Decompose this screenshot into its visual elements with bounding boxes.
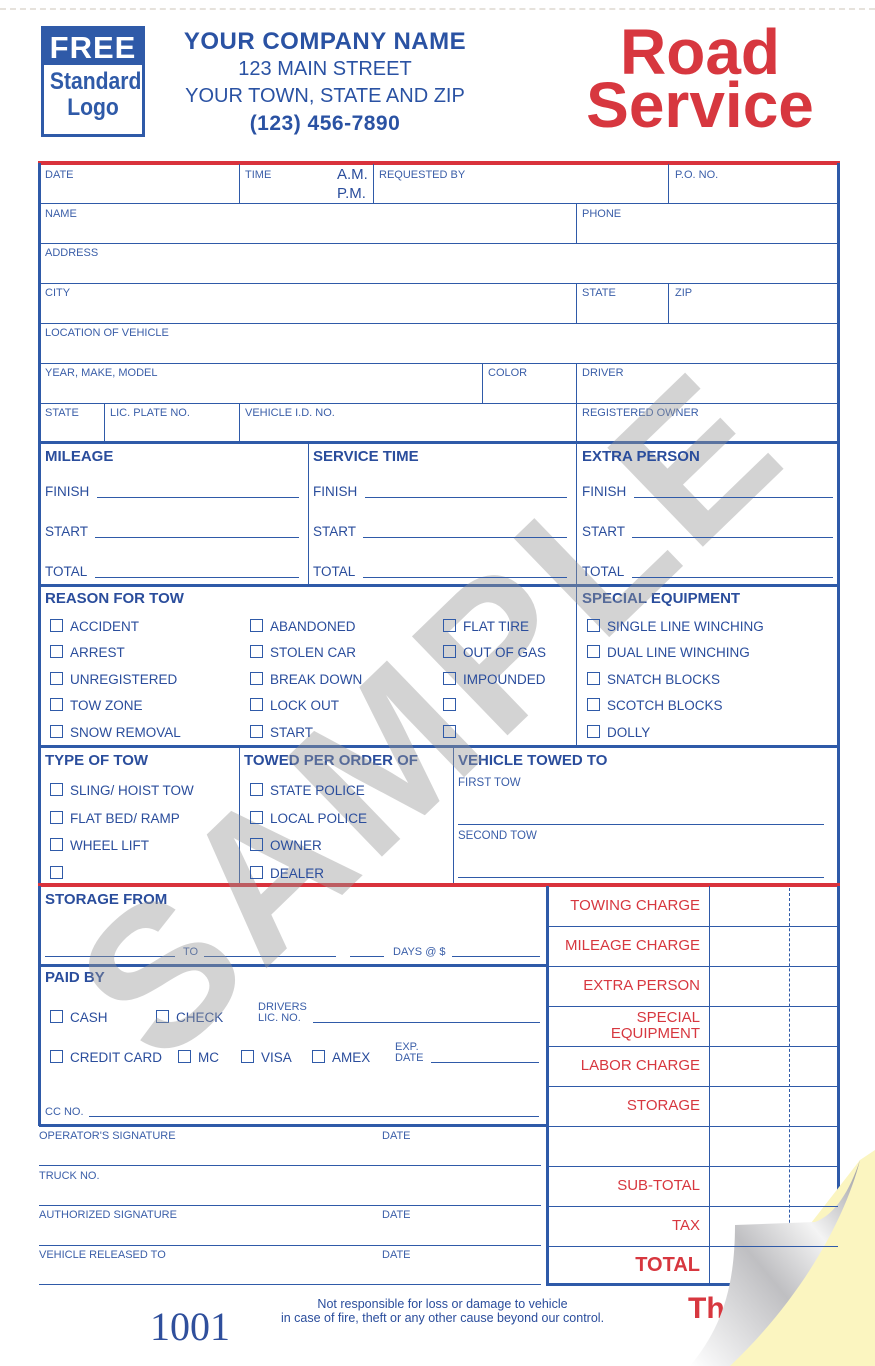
meter-input[interactable] [363,577,567,578]
meter-input[interactable] [95,577,299,578]
reason-checkbox[interactable]: STOLEN CAR [250,645,356,660]
perforation [0,8,875,10]
company-street: 123 MAIN STREET [160,56,490,83]
charge-label-line: EQUIPMENT [611,1026,700,1042]
disclaimer-line-1: Not responsible for loss or damage to ve… [260,1297,625,1311]
released-date-label: DATE [382,1249,411,1261]
second-tow-label: SECOND TOW [458,830,537,842]
tow-type-checkbox[interactable] [50,866,70,881]
truck-no-field[interactable] [39,1205,541,1206]
operator-signature-field[interactable] [39,1165,541,1166]
cc-no-label: CC NO. [45,1106,84,1118]
city-field[interactable] [40,300,575,323]
tow-type-checkbox[interactable]: FLAT BED/ RAMP [50,811,180,826]
charge-label-line: SUB-TOTAL [617,1178,700,1194]
meter-title: EXTRA PERSON [582,448,700,465]
order-checkbox[interactable]: STATE POLICE [250,783,365,798]
charge-cents-field[interactable] [791,1168,836,1204]
divider [308,444,309,585]
checkbox-box[interactable] [443,619,456,632]
location-label: LOCATION OF VEHICLE [45,327,169,339]
checkbox-box[interactable] [587,672,600,685]
reason-checkbox[interactable]: LOCK OUT [250,698,339,713]
checkbox-box[interactable] [250,725,263,738]
amex-label: AMEX [332,1050,370,1065]
checkbox-label: DOLLY [607,725,650,740]
disclaimer-line-2: in case of fire, theft or any other caus… [260,1311,625,1325]
thank-you: Thank You [688,1292,839,1326]
charge-cents-field[interactable] [791,928,836,964]
charge-label-line: EXTRA PERSON [583,978,700,994]
checkbox-box[interactable] [587,645,600,658]
charge-dollars-field[interactable] [711,1048,788,1084]
logo-line-2: Logo [50,95,136,121]
meter-input[interactable] [365,497,567,498]
checkbox-label: FLAT BED/ RAMP [70,811,180,826]
reason-for-tow-title: REASON FOR TOW [45,590,184,607]
checkbox-label: WHEEL LIFT [70,838,149,853]
exp-date-field[interactable] [431,1062,539,1063]
charge-label: LABOR CHARGE [581,1058,700,1074]
year-make-model-field[interactable] [40,380,481,403]
special-equipment-title: SPECIAL EQUIPMENT [582,590,740,607]
vin-label: VEHICLE I.D. NO. [245,407,335,419]
credit-card-label: CREDIT CARD [70,1050,162,1065]
checkbox-label: LOCK OUT [270,698,339,713]
charge-label-line: TOWING CHARGE [570,898,700,914]
checkbox-box[interactable] [50,619,63,632]
checkbox-label: UNREGISTERED [70,672,177,687]
meter-row-label: TOTAL [45,564,87,579]
checkbox-label: STOLEN CAR [270,645,356,660]
cash-label: CASH [70,1010,108,1025]
city-label: CITY [45,287,70,299]
checkbox-box[interactable] [250,619,263,632]
charge-label: TAX [672,1218,700,1234]
storage-days-label: DAYS @ $ [393,946,446,958]
storage-to-label: TO [183,946,198,958]
charge-row-line [547,966,838,967]
equipment-checkbox[interactable]: DUAL LINE WINCHING [587,645,750,660]
section-line [39,964,547,967]
charge-dollars-field[interactable] [711,888,788,924]
charge-cents-field[interactable] [791,1248,836,1284]
check-label: CHECK [176,1010,223,1025]
company-name: YOUR COMPANY NAME [160,28,490,56]
checkbox-box[interactable] [50,838,63,851]
checkbox-label: OWNER [270,838,322,853]
charge-cents-field[interactable] [791,1048,836,1084]
registered-owner-label: REGISTERED OWNER [582,407,699,419]
charge-dollars-field[interactable] [711,1168,788,1204]
meter-row-label: TOTAL [582,564,624,579]
exp-line-2: DATE [395,1053,424,1064]
charge-row-line [547,926,838,927]
meter-row-label: START [313,524,356,539]
drivers-lic-field[interactable] [313,1022,540,1023]
name-label: NAME [45,208,77,220]
checkbox-box[interactable] [587,619,600,632]
operator-date-label: DATE [382,1130,411,1142]
charge-label-line: SPECIAL [611,1010,700,1026]
reason-checkbox[interactable] [443,725,463,740]
row-line [39,203,838,204]
charge-label-line: TOTAL [635,1257,700,1273]
registered-owner-field[interactable] [577,420,837,441]
released-to-label: VEHICLE RELEASED TO [39,1249,166,1261]
color-label: COLOR [488,367,527,379]
charge-label: TOWING CHARGE [570,898,700,914]
storage-days-field[interactable] [350,956,384,957]
zip-label: ZIP [675,287,692,299]
meter-input[interactable] [363,537,567,538]
charge-row-line [547,1046,838,1047]
vehicle-towed-to-title: VEHICLE TOWED TO [458,752,607,769]
reason-checkbox[interactable]: TOW ZONE [50,698,143,713]
row-line [39,283,838,284]
meter-input[interactable] [632,577,833,578]
storage-rate-field[interactable] [452,956,540,957]
meter-row-label: FINISH [582,484,626,499]
reason-checkbox[interactable]: SNOW REMOVAL [50,725,181,740]
pm-label: P.M. [337,184,368,203]
charge-cents-field[interactable] [791,1128,836,1164]
meter-input[interactable] [97,497,299,498]
charge-label: EXTRA PERSON [583,978,700,994]
tow-type-checkbox[interactable]: SLING/ HOIST TOW [50,783,194,798]
color-field[interactable] [483,380,575,403]
checkbox-label: DEALER [270,866,324,881]
reason-checkbox[interactable] [443,698,463,713]
meter-title: MILEAGE [45,448,113,465]
divider [576,444,577,585]
zip-field[interactable] [669,300,837,323]
operator-signature-label: OPERATOR'S SIGNATURE [39,1130,176,1142]
storage-title: STORAGE FROM [45,891,167,908]
visa-checkbox[interactable]: VISA [241,1050,292,1065]
divider [239,748,240,884]
charge-label-line: MILEAGE CHARGE [565,938,700,954]
drivers-lic-line-2: LIC. NO. [258,1013,307,1024]
charge-label: TOTAL [635,1257,700,1273]
authorized-signature-field[interactable] [39,1245,541,1246]
charge-label: MILEAGE CHARGE [565,938,700,954]
equipment-checkbox[interactable]: DOLLY [587,725,650,740]
location-field[interactable] [40,340,837,363]
charge-cents-field[interactable] [791,1008,836,1044]
first-tow-label: FIRST TOW [458,777,521,789]
frame-left [38,886,41,1126]
meter-row-label: FINISH [313,484,357,499]
charge-row-line [547,1086,838,1087]
checkbox-label: ABANDONED [270,619,356,634]
authorized-signature-label: AUTHORIZED SIGNATURE [39,1209,177,1221]
charge-dollars-field[interactable] [711,1088,788,1124]
checkbox-label: START [270,725,313,740]
company-info: YOUR COMPANY NAME 123 MAIN STREET YOUR T… [160,28,490,138]
checkbox-box[interactable] [156,1010,169,1023]
reason-checkbox[interactable]: FLAT TIRE [443,619,529,634]
am-label: A.M. [337,165,368,184]
lic-plate-label: LIC. PLATE NO. [110,407,190,419]
charge-row-line [547,1206,838,1207]
checkbox-box[interactable] [50,811,63,824]
checkbox-label: FLAT TIRE [463,619,529,634]
company-town: YOUR TOWN, STATE AND ZIP [160,83,490,110]
frame-right [837,163,840,885]
charge-row-line [547,1126,838,1127]
section-line [39,441,839,444]
checkbox-label: ACCIDENT [70,619,139,634]
truck-no-label: TRUCK NO. [39,1170,100,1182]
po-no-field[interactable] [669,180,837,203]
checkbox-box[interactable] [443,672,456,685]
cash-checkbox[interactable]: CASH [50,1010,108,1025]
meter-title: SERVICE TIME [313,448,419,465]
state-label: STATE [582,287,616,299]
reason-checkbox[interactable]: IMPOUNDED [443,672,546,687]
cc-no-field[interactable] [89,1116,539,1117]
checkbox-label: SCOTCH BLOCKS [607,698,723,713]
driver-label: DRIVER [582,367,624,379]
row-line [39,323,838,324]
charge-row-line [547,1006,838,1007]
checkbox-label: SLING/ HOIST TOW [70,783,194,798]
checkbox-label: BREAK DOWN [270,672,362,687]
vin-field[interactable] [240,420,575,441]
section-line [39,745,839,748]
paid-by-title: PAID BY [45,969,105,986]
charge-label: SPECIALEQUIPMENT [611,1010,700,1042]
charge-dollars-field[interactable] [711,1248,788,1284]
lic-plate-field[interactable] [105,420,238,441]
requested-by-field[interactable] [374,180,668,203]
phone-field[interactable] [577,220,837,243]
storage-to-field[interactable] [204,956,336,957]
checkbox-label: DUAL LINE WINCHING [607,645,750,660]
checkbox-box[interactable] [50,698,63,711]
checkbox-box[interactable] [587,698,600,711]
red-rule-mid [38,883,840,887]
exp-date-label: EXP.DATE [395,1042,424,1064]
checkbox-label: SINGLE LINE WINCHING [607,619,764,634]
checkbox-box[interactable] [241,1050,254,1063]
reason-checkbox[interactable]: BREAK DOWN [250,672,362,687]
charge-dollars-field[interactable] [711,968,788,1004]
checkbox-box[interactable] [250,672,263,685]
address-field[interactable] [40,260,837,283]
meter-input[interactable] [634,497,833,498]
meter-input[interactable] [95,537,299,538]
checkbox-label: TOW ZONE [70,698,143,713]
equipment-checkbox[interactable]: SINGLE LINE WINCHING [587,619,764,634]
checkbox-box[interactable] [178,1050,191,1063]
charge-label-line: STORAGE [627,1098,700,1114]
reason-checkbox[interactable]: OUT OF GAS [443,645,546,660]
charge-row-line [547,1166,838,1167]
date-field[interactable] [40,164,239,203]
checkbox-box[interactable] [312,1050,325,1063]
divider [239,164,240,203]
meter-row-label: START [45,524,88,539]
checkbox-label: SNOW REMOVAL [70,725,181,740]
checkbox-box[interactable] [50,645,63,658]
drivers-lic-label: DRIVERSLIC. NO. [258,1002,307,1024]
authorized-date-label: DATE [382,1209,411,1221]
second-tow-field[interactable] [458,877,824,878]
checkbox-box[interactable] [50,725,63,738]
released-to-field[interactable] [39,1284,541,1285]
checkbox-label: LOCAL POLICE [270,811,367,826]
order-checkbox[interactable]: OWNER [250,838,322,853]
logo-line-1: Standard [50,69,136,95]
check-checkbox[interactable]: CHECK [156,1010,223,1025]
divider [576,587,577,746]
charge-cents-field[interactable] [791,1088,836,1124]
form-title: Road Service [560,26,840,132]
charge-dollars-field[interactable] [711,1208,788,1244]
order-checkbox[interactable]: DEALER [250,866,324,881]
section-line [39,584,839,587]
row-line [39,363,838,364]
meter-input[interactable] [632,537,833,538]
checkbox-box[interactable] [587,725,600,738]
equipment-checkbox[interactable]: SNATCH BLOCKS [587,672,720,687]
storage-from-field[interactable] [45,956,175,957]
checkbox-box[interactable] [250,783,263,796]
meter-row-label: TOTAL [313,564,355,579]
checkbox-box[interactable] [50,1050,63,1063]
serial-number: 1001 [150,1303,230,1350]
tow-type-checkbox[interactable]: WHEEL LIFT [50,838,149,853]
checkbox-box[interactable] [50,866,63,879]
am-pm: A.M.P.M. [337,165,368,203]
logo-text: Standard Logo [50,69,136,121]
charge-label: SUB-TOTAL [617,1178,700,1194]
mc-label: MC [198,1050,219,1065]
section-line [39,1124,547,1127]
meter-row-label: START [582,524,625,539]
row-line [39,243,838,244]
checkbox-label: SNATCH BLOCKS [607,672,720,687]
charge-dollars-field[interactable] [711,1128,788,1164]
year-make-model-label: YEAR, MAKE, MODEL [45,367,157,379]
driver-field[interactable] [577,380,837,403]
checkbox-label: STATE POLICE [270,783,365,798]
reason-checkbox[interactable]: START [250,725,313,740]
checkbox-box[interactable] [443,645,456,658]
disclaimer: Not responsible for loss or damage to ve… [260,1297,625,1325]
vehicle-state-label: STATE [45,407,79,419]
checkbox-box[interactable] [50,783,63,796]
order-checkbox[interactable]: LOCAL POLICE [250,811,367,826]
checkbox-box[interactable] [443,698,456,711]
vehicle-state-field[interactable] [40,420,103,441]
title-line-2: Service [560,79,840,132]
type-of-tow-title: TYPE OF TOW [45,752,148,769]
phone-label: PHONE [582,208,621,220]
reason-checkbox[interactable]: ACCIDENT [50,619,139,634]
amex-checkbox[interactable]: AMEX [312,1050,370,1065]
mc-checkbox[interactable]: MC [178,1050,219,1065]
charge-label-line: LABOR CHARGE [581,1058,700,1074]
checkbox-box[interactable] [250,645,263,658]
divider [453,748,454,884]
equipment-checkbox[interactable]: SCOTCH BLOCKS [587,698,723,713]
charge-dollars-field[interactable] [711,1008,788,1044]
charge-label-line: TAX [672,1218,700,1234]
logo-free-text: FREE [44,29,142,65]
meter-row-label: FINISH [45,484,89,499]
checkbox-box[interactable] [443,725,456,738]
reason-checkbox[interactable]: ABANDONED [250,619,356,634]
time-label: TIME [245,169,271,181]
checkbox-box[interactable] [50,1010,63,1023]
charge-cents-field[interactable] [791,1208,836,1244]
charge-label: STORAGE [627,1098,700,1114]
checkbox-box[interactable] [250,811,263,824]
address-label: ADDRESS [45,247,98,259]
checkbox-box[interactable] [250,698,263,711]
checkbox-label: ARREST [70,645,125,660]
state-field[interactable] [577,300,667,323]
towed-per-order-title: TOWED PER ORDER OF [244,752,418,769]
charge-row-line [547,1246,838,1247]
reason-checkbox[interactable]: UNREGISTERED [50,672,177,687]
charge-cents-field[interactable] [791,888,836,924]
company-phone: (123) 456-7890 [160,110,490,138]
row-line [39,403,838,404]
first-tow-field[interactable] [458,824,824,825]
reason-checkbox[interactable]: ARREST [50,645,125,660]
charge-cents-field[interactable] [791,968,836,1004]
visa-label: VISA [261,1050,292,1065]
checkbox-label: IMPOUNDED [463,672,546,687]
name-field[interactable] [40,220,575,243]
credit-card-checkbox[interactable]: CREDIT CARD [50,1050,162,1065]
checkbox-label: OUT OF GAS [463,645,546,660]
checkbox-box[interactable] [250,866,263,879]
charge-dollars-field[interactable] [711,928,788,964]
checkbox-box[interactable] [50,672,63,685]
company-logo: FREE Standard Logo [41,26,145,137]
checkbox-box[interactable] [250,838,263,851]
